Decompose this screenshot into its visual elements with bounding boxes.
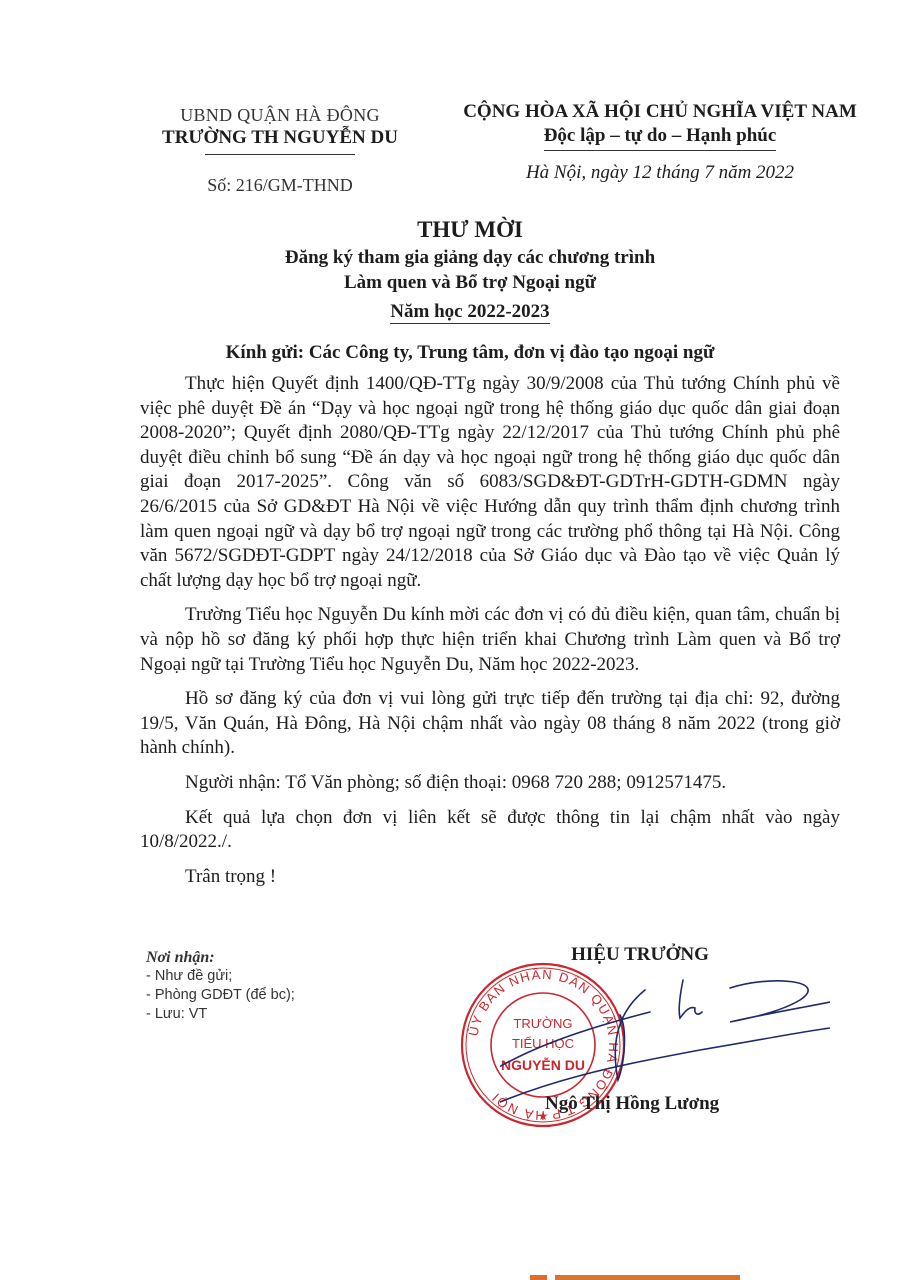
- body-paragraph: Thực hiện Quyết định 1400/QĐ-TTg ngày 30…: [140, 372, 840, 593]
- body-paragraph: Kết quả lựa chọn đơn vị liên kết sẽ được…: [140, 806, 840, 855]
- body-paragraph: Người nhận: Tổ Văn phòng; số điện thoại:…: [140, 771, 840, 796]
- recipient-line: Kính gửi: Các Công ty, Trung tâm, đơn vị…: [140, 342, 800, 364]
- body-paragraph: Hồ sơ đăng ký của đơn vị vui lòng gửi tr…: [140, 687, 840, 761]
- document-title-block: THƯ MỜI Đăng ký tham gia giảng dạy các c…: [140, 215, 800, 324]
- handwritten-signature-icon: [500, 970, 830, 1110]
- distribution-title: Nơi nhận:: [146, 948, 426, 967]
- document-title: THƯ MỜI: [140, 215, 800, 245]
- distribution-item: - Như đề gửi;: [146, 967, 426, 986]
- subtitle-line-1: Đăng ký tham gia giảng dạy các chương tr…: [140, 245, 800, 270]
- school-name: TRƯỜNG TH NGUYỄN DU: [140, 127, 420, 149]
- national-motto: Độc lập – tự do – Hạnh phúc: [544, 124, 777, 151]
- distribution-item: - Phòng GDĐT (để bc);: [146, 986, 426, 1005]
- closing-remark: Trân trọng !: [140, 865, 840, 890]
- document-number: Số: 216/GM-THND: [140, 175, 420, 196]
- letter-body: Thực hiện Quyết định 1400/QĐ-TTg ngày 30…: [140, 372, 840, 899]
- document-date: Hà Nội, ngày 12 tháng 7 năm 2022: [440, 162, 880, 184]
- country-name: CỘNG HÒA XÃ HỘI CHỦ NGHĨA VIỆT NAM: [440, 100, 880, 124]
- national-header: CỘNG HÒA XÃ HỘI CHỦ NGHĨA VIỆT NAM Độc l…: [440, 100, 880, 151]
- distribution-item: - Lưu: VT: [146, 1005, 426, 1024]
- body-paragraph: Trường Tiểu học Nguyễn Du kính mời các đ…: [140, 603, 840, 677]
- subtitle-line-2: Làm quen và Bổ trợ Ngoại ngữ: [140, 270, 800, 295]
- school-year: Năm học 2022-2023: [390, 301, 549, 324]
- issuing-authority: UBND QUẬN HÀ ĐÔNG TRƯỜNG TH NGUYỄN DU: [140, 103, 420, 155]
- agency-name: UBND QUẬN HÀ ĐÔNG: [140, 103, 420, 127]
- header-divider: [205, 154, 355, 155]
- page-edge-mark: [530, 1275, 740, 1280]
- signer-name: Ngô Thị Hồng Lương: [545, 1093, 765, 1115]
- distribution-list: Nơi nhận: - Như đề gửi; - Phòng GDĐT (để…: [146, 948, 426, 1024]
